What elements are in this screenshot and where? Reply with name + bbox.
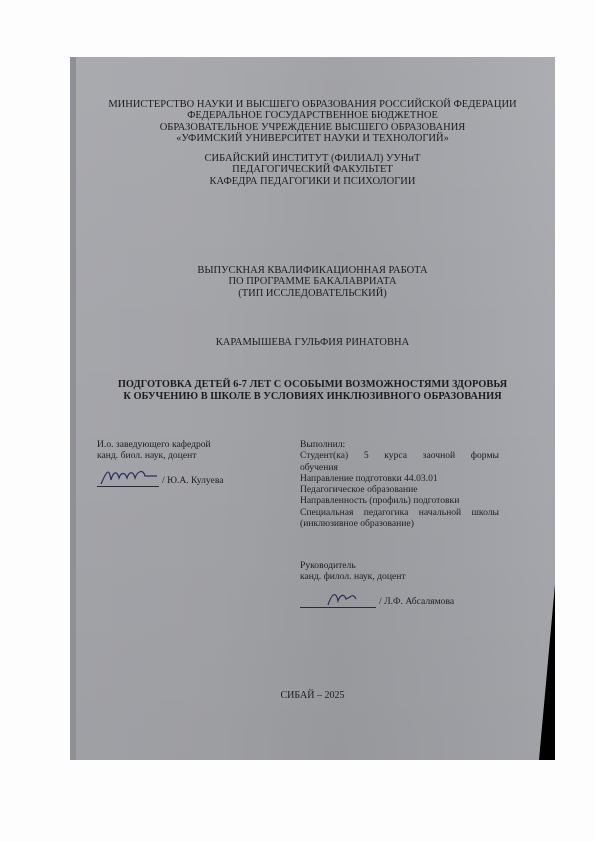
city-year: СИБАЙ – 2025	[70, 690, 555, 701]
hod-signature	[97, 468, 159, 487]
supervisor-block: Руководитель канд. филол. наук, доцент /…	[300, 560, 499, 608]
title-line: ПОДГОТОВКА ДЕТЕЙ 6-7 ЛЕТ С ОСОБЫМИ ВОЗМО…	[70, 379, 555, 391]
student-line: Студент(ка) 5 курса заочной формы	[300, 450, 499, 461]
header-line: «УФИМСКИЙ УНИВЕРСИТЕТ НАУКИ И ТЕХНОЛОГИЙ…	[70, 133, 555, 144]
head-of-department-block: И.о. заведующего кафедрой канд. биол. на…	[97, 439, 287, 487]
ministry-header: МИНИСТЕРСТВО НАУКИ И ВЫСШЕГО ОБРАЗОВАНИЯ…	[70, 99, 555, 144]
thesis-title: ПОДГОТОВКА ДЕТЕЙ 6-7 ЛЕТ С ОСОБЫМИ ВОЗМО…	[70, 379, 555, 403]
work-line: ВЫПУСКНАЯ КВАЛИФИКАЦИОННАЯ РАБОТА	[70, 265, 555, 276]
document-photo: МИНИСТЕРСТВО НАУКИ И ВЫСШЕГО ОБРАЗОВАНИЯ…	[70, 57, 555, 760]
department-line: КАФЕДРА ПЕДАГОГИКИ И ПСИХОЛОГИИ	[70, 176, 555, 187]
author-name: КАРАМЫШЕВА ГУЛЬФИЯ РИНАТОВНА	[70, 337, 555, 348]
work-line: (ТИП ИССЛЕДОВАТЕЛЬСКИЙ)	[70, 288, 555, 299]
header-line: ОБРАЗОВАТЕЛЬНОЕ УЧРЕЖДЕНИЕ ВЫСШЕГО ОБРАЗ…	[70, 122, 555, 133]
work-type-block: ВЫПУСКНАЯ КВАЛИФИКАЦИОННАЯ РАБОТА ПО ПРО…	[70, 265, 555, 299]
hod-name: / Ю.А. Кулуева	[162, 475, 223, 486]
student-line-cont: обучения	[300, 462, 499, 473]
hod-degree: канд. биол. наук, доцент	[97, 450, 287, 461]
supervisor-degree: канд. филол. наук, доцент	[300, 571, 499, 582]
profile-label: Направленность (профиль) подготовки	[300, 495, 499, 506]
hod-signature-line: / Ю.А. Кулуева	[97, 468, 287, 487]
hod-position: И.о. заведующего кафедрой	[97, 439, 287, 450]
header-line: ФЕДЕРАЛЬНОЕ ГОСУДАРСТВЕННОЕ БЮДЖЕТНОЕ	[70, 110, 555, 121]
supervisor-signature-line: / Л.Ф. Абсалямова	[300, 589, 499, 608]
supervisor-signature	[300, 589, 376, 608]
profile-cont: (инклюзивное образование)	[300, 518, 499, 529]
direction: Направление подготовки 44.03.01	[300, 473, 499, 484]
institute-block: СИБАЙСКИЙ ИНСТИТУТ (ФИЛИАЛ) УУНиТ ПЕДАГО…	[70, 153, 555, 187]
performed-block: Выполнил: Студент(ка) 5 курса заочной фо…	[300, 439, 499, 529]
direction-name: Педагогическое образование	[300, 484, 499, 495]
profile-line: Специальная педагогика начальной школы	[300, 507, 499, 518]
header-line: МИНИСТЕРСТВО НАУКИ И ВЫСШЕГО ОБРАЗОВАНИЯ…	[70, 99, 555, 110]
supervisor-name: / Л.Ф. Абсалямова	[379, 596, 454, 607]
title-line: К ОБУЧЕНИЮ В ШКОЛЕ В УСЛОВИЯХ ИНКЛЮЗИВНО…	[70, 391, 555, 403]
work-line: ПО ПРОГРАММЕ БАКАЛАВРИАТА	[70, 276, 555, 287]
supervisor-label: Руководитель	[300, 560, 499, 571]
institute-line: СИБАЙСКИЙ ИНСТИТУТ (ФИЛИАЛ) УУНиТ	[70, 153, 555, 164]
performed-label: Выполнил:	[300, 439, 499, 450]
faculty-line: ПЕДАГОГИЧЕСКИЙ ФАКУЛЬТЕТ	[70, 164, 555, 175]
